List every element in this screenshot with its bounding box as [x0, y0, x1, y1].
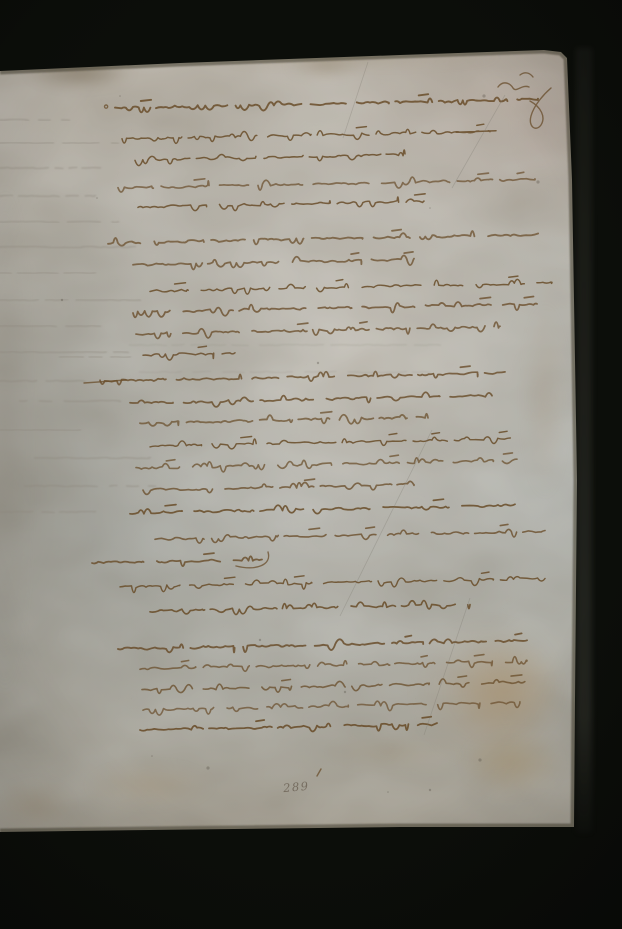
film-edge-highlight — [576, 48, 592, 833]
manuscript-page: 289 — [0, 0, 622, 929]
photograph: 289 — [0, 0, 622, 929]
